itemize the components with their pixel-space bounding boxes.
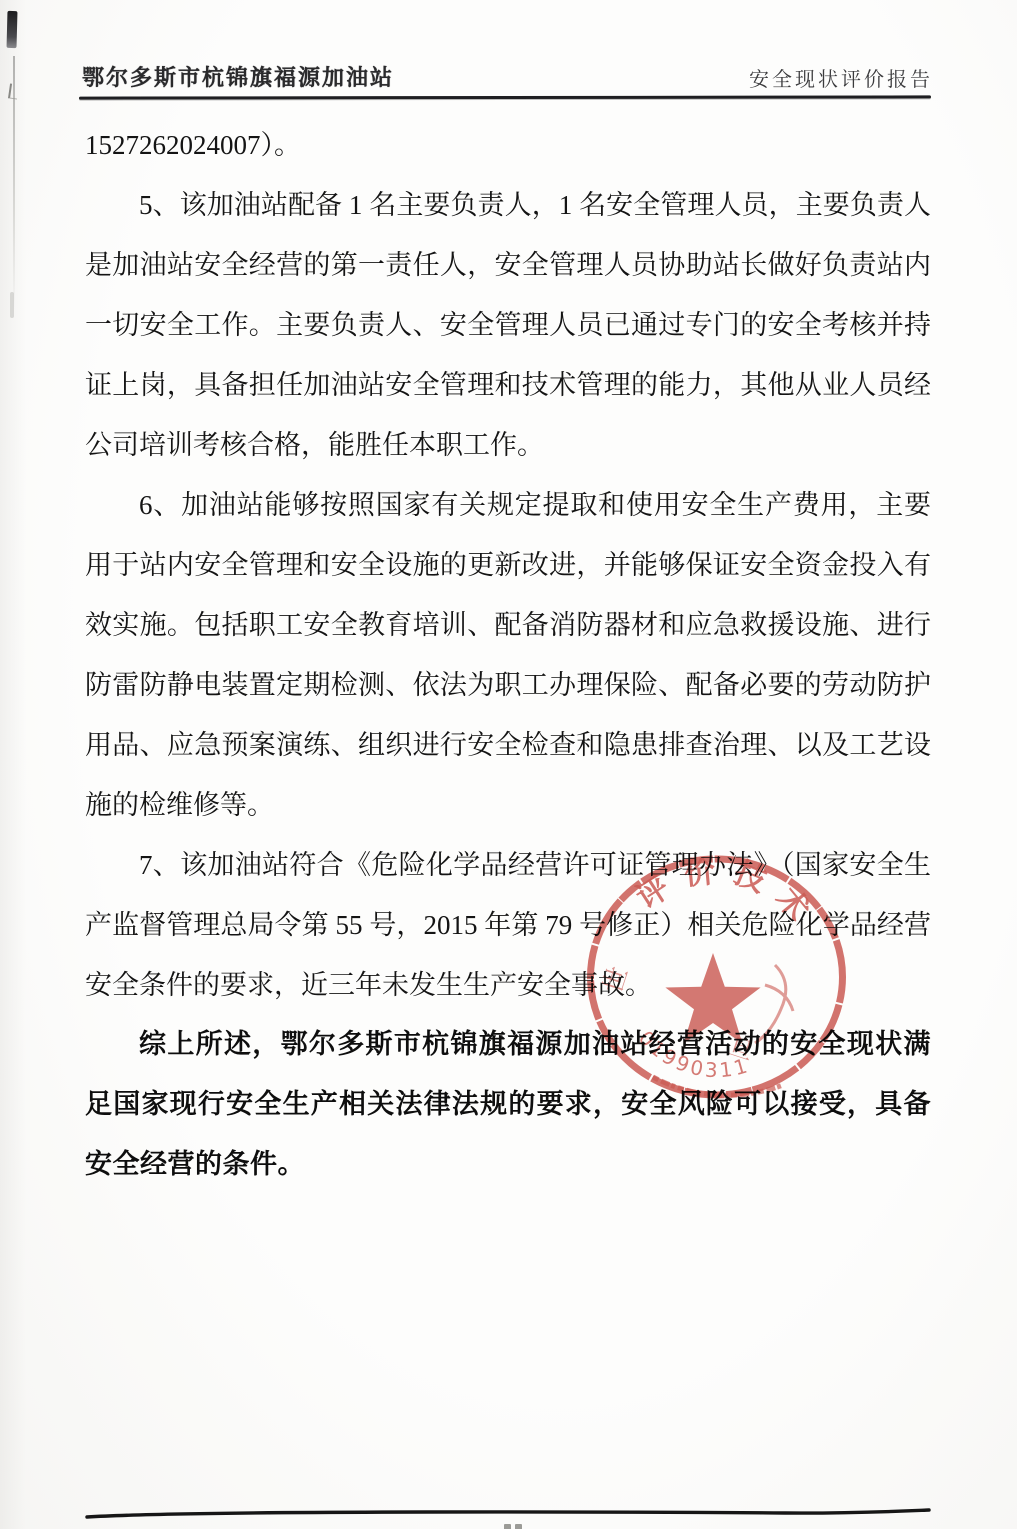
scan-artifact-corner: [7, 11, 18, 48]
stamp-arc-text: 评价技术: [630, 852, 826, 939]
paragraph-6: 6、加油站能够按照国家有关规定提取和使用安全生产费用，主要用于站内安全管理和安全…: [85, 475, 931, 835]
paragraph-5: 5、该加油站配备 1 名主要负责人，1 名安全管理人员，主要负责人是加油站安全经…: [85, 175, 931, 475]
intro-line: 1527262024007）。: [85, 115, 931, 175]
scan-artifact-tick: [8, 83, 19, 99]
header-right-title: 安全现状评价报告: [749, 63, 933, 92]
stamp-side-mark-left: 世: [598, 963, 635, 997]
red-seal-stamp: 评价技术 01990311892 世 旦: [575, 845, 865, 1110]
stamp-star-icon: [665, 953, 760, 1044]
footer-divider: [85, 1508, 931, 1520]
header-left-title: 鄂尔多斯市杭锦旗福源加油站: [82, 61, 394, 92]
header-divider: [79, 95, 931, 99]
page-header: 鄂尔多斯市杭锦旗福源加油站 安全现状评价报告: [82, 52, 933, 92]
scanned-document-page: 鄂尔多斯市杭锦旗福源加油站 安全现状评价报告 1527262024007）。 5…: [0, 0, 1017, 1529]
scan-artifact-smudge: [10, 292, 14, 318]
page-number-clipped: [504, 1524, 526, 1529]
stamp-side-flourish: [755, 965, 793, 1043]
